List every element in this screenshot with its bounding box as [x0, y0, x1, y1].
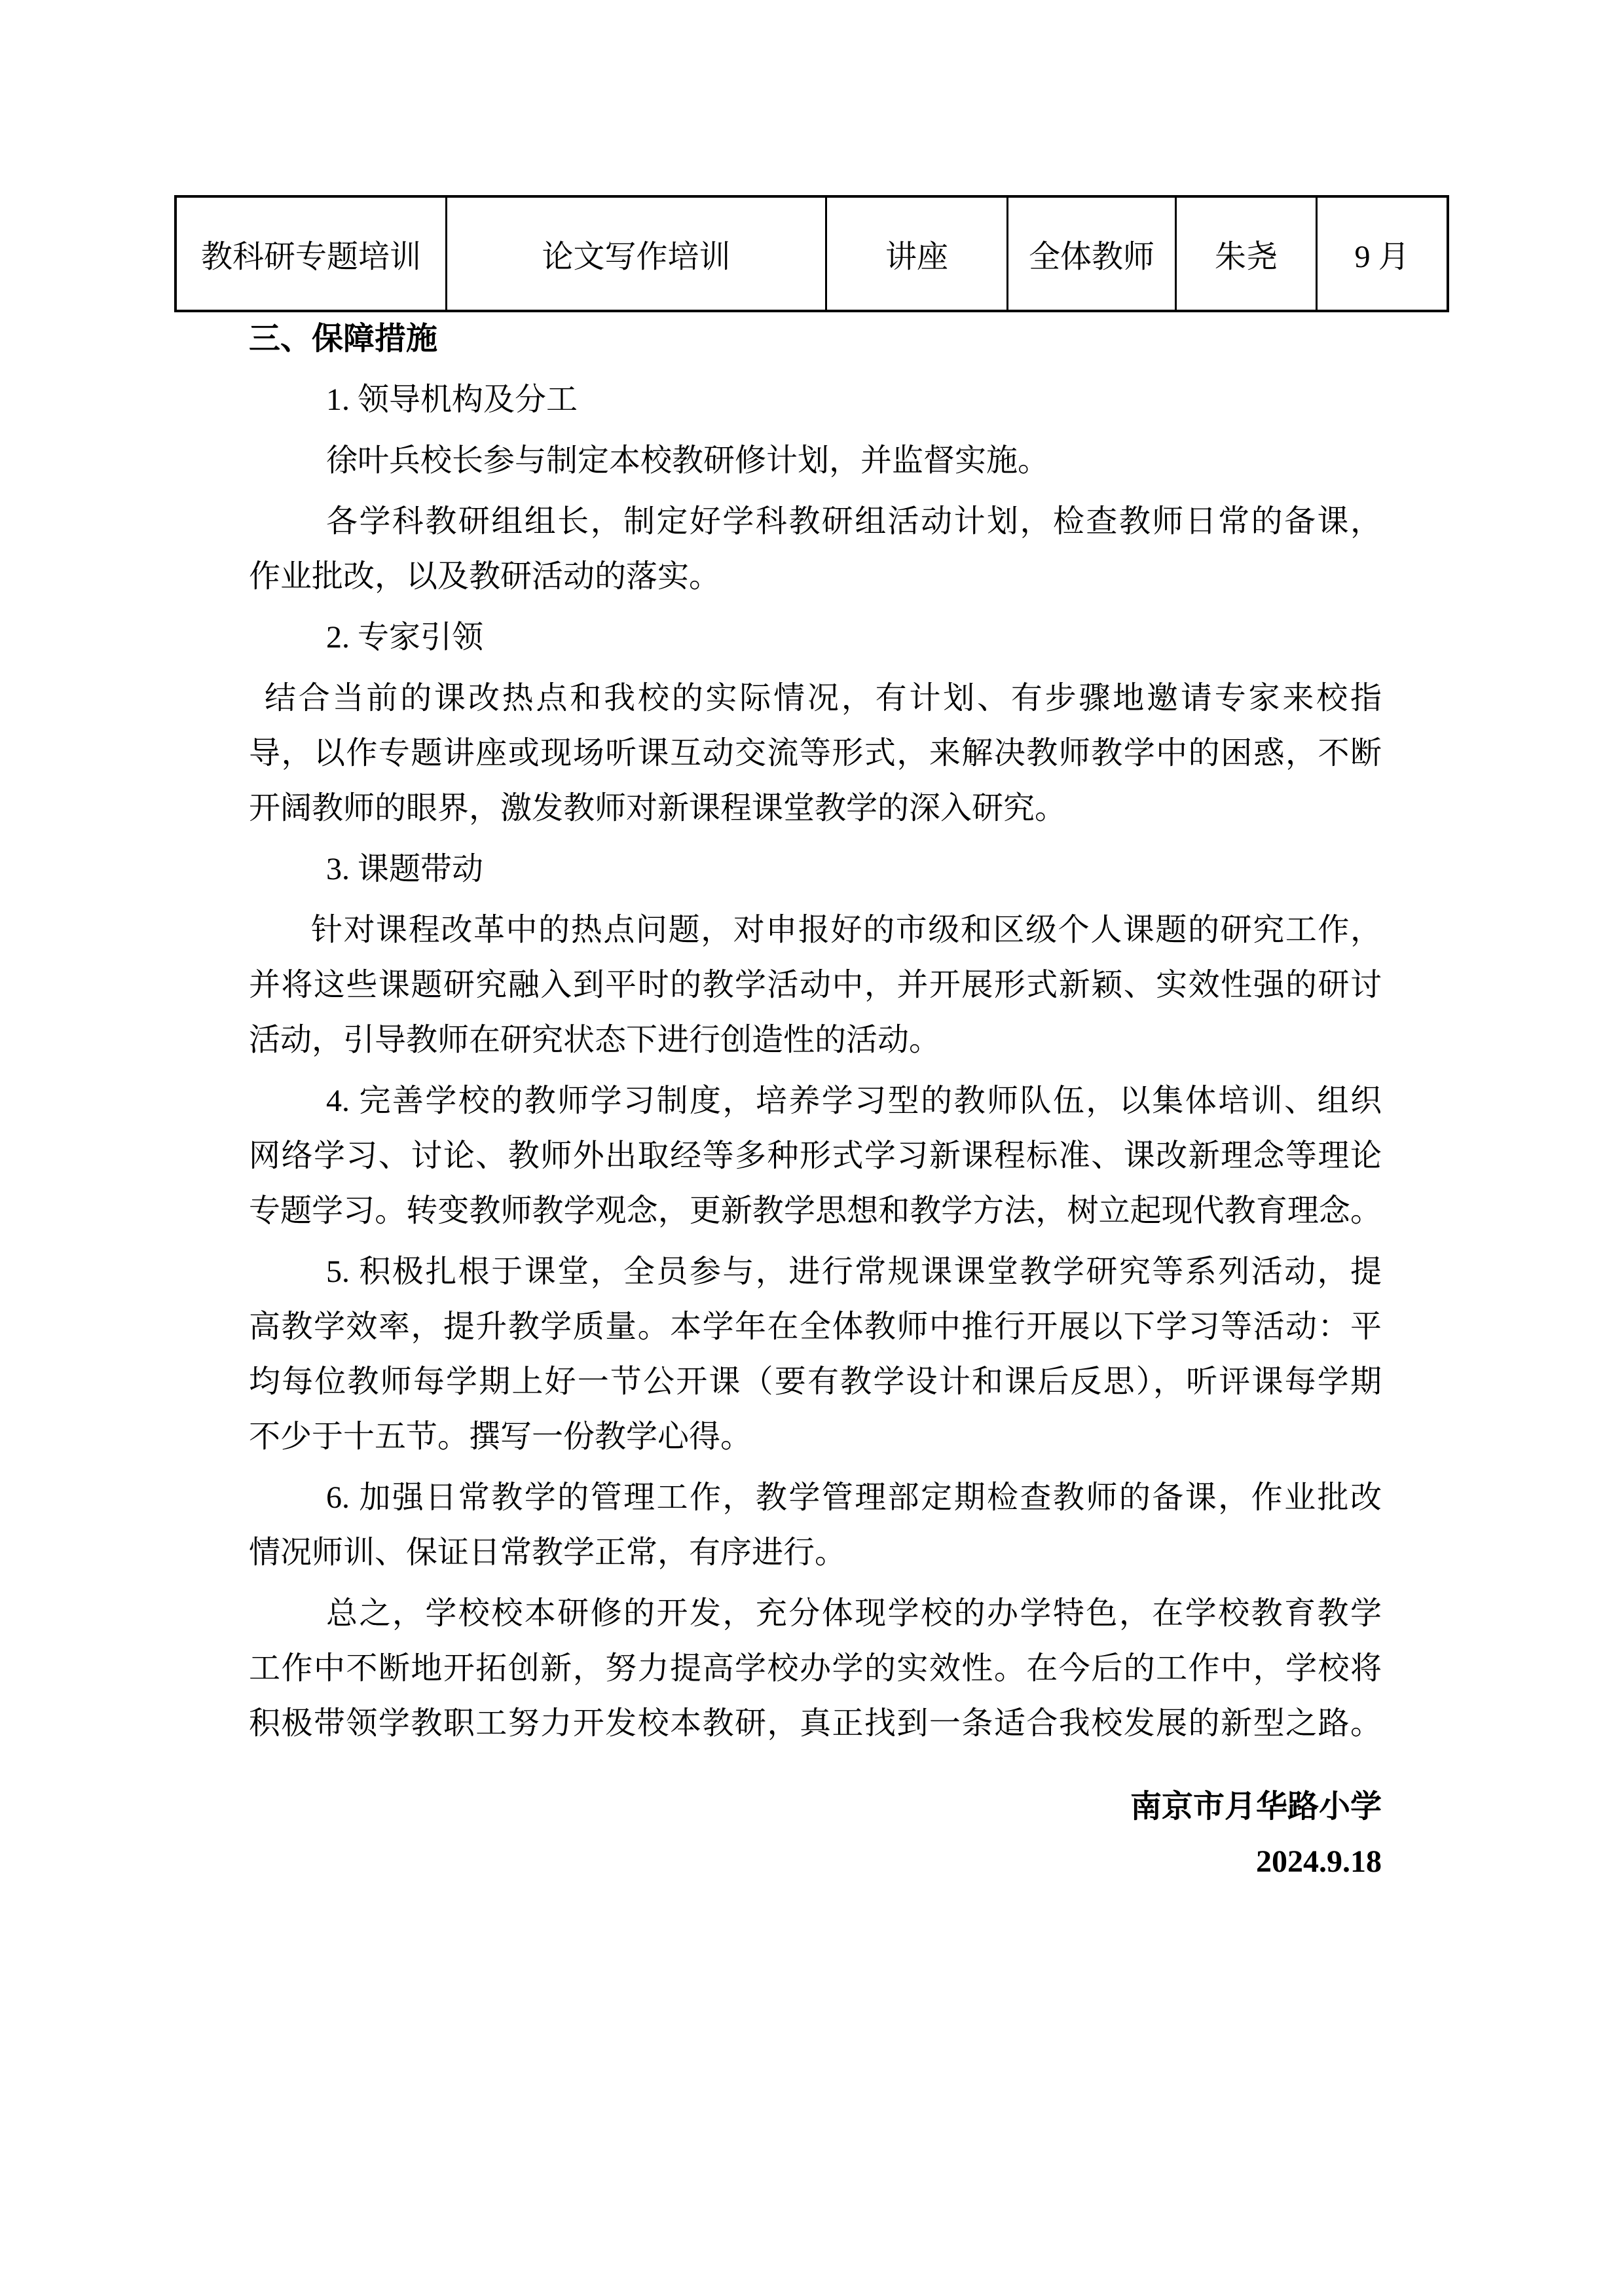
document-body: 三、保障措施 1. 领导机构及分工 徐叶兵校长参与制定本校教研修计划，并监督实施… — [249, 312, 1382, 1889]
item-5-line: 5. 积极扎根于课堂，全员参与，进行常规课课堂教学研究等系列活动，提 — [249, 1245, 1382, 1300]
doc-line: 网络学习、讨论、教师外出取经等多种形式学习新课程标准、课改新理念等理论 — [249, 1129, 1382, 1184]
document-page: 教科研专题培训 论文写作培训 讲座 全体教师 朱尧 9 月 三、保障措施 1. … — [0, 0, 1624, 2296]
doc-line: 情况师训、保证日常教学正常，有序进行。 — [249, 1525, 1382, 1580]
table-cell-form: 讲座 — [827, 198, 1008, 310]
doc-line: 积极带领学教职工努力开发校本教研，真正找到一条适合我校发展的新型之路。 — [249, 1696, 1382, 1751]
section-heading: 三、保障措施 — [249, 312, 1382, 367]
signature-school: 南京市月华路小学 — [249, 1779, 1382, 1834]
doc-line: 开阔教师的眼界，激发教师对新课程课堂教学的深入研究。 — [249, 781, 1382, 836]
doc-line: 徐叶兵校长参与制定本校教研修计划，并监督实施。 — [249, 433, 1382, 488]
table-cell-content: 论文写作培训 — [447, 198, 827, 310]
doc-line: 作业批改，以及教研活动的落实。 — [249, 549, 1382, 604]
doc-line: 高教学效率，提升教学质量。本学年在全体教师中推行开展以下学习等活动：平 — [249, 1300, 1382, 1355]
table-cell-audience: 全体教师 — [1008, 198, 1177, 310]
doc-line: 工作中不断地开拓创新，努力提高学校办学的实效性。在今后的工作中，学校将 — [249, 1641, 1382, 1696]
table-cell-project: 教科研专题培训 — [177, 198, 447, 310]
item-4-line: 4. 完善学校的教师学习制度，培养学习型的教师队伍，以集体培训、组织 — [249, 1074, 1382, 1129]
item-3-heading: 3. 课题带动 — [249, 842, 1382, 897]
doc-line: 专题学习。转变教师教学观念，更新教学思想和教学方法，树立起现代教育理念。 — [249, 1184, 1382, 1239]
item-1-heading: 1. 领导机构及分工 — [249, 373, 1382, 428]
signature-date: 2024.9.18 — [249, 1834, 1382, 1889]
closing-line: 总之，学校校本研修的开发，充分体现学校的办学特色，在学校教育教学 — [249, 1586, 1382, 1641]
table-cell-month: 9 月 — [1318, 198, 1447, 310]
doc-line: 均每位教师每学期上好一节公开课（要有教学设计和课后反思），听评课每学期 — [249, 1355, 1382, 1410]
training-table-row: 教科研专题培训 论文写作培训 讲座 全体教师 朱尧 9 月 — [174, 195, 1449, 312]
doc-line: 导，以作专题讲座或现场听课互动交流等形式，来解决教师教学中的困惑，不断 — [249, 726, 1382, 781]
doc-line: 各学科教研组组长，制定好学科教研组活动计划，检查教师日常的备课， — [249, 494, 1382, 549]
doc-line: 针对课程改革中的热点问题，对申报好的市级和区级个人课题的研究工作， — [249, 903, 1382, 958]
item-2-heading: 2. 专家引领 — [249, 610, 1382, 665]
item-6-line: 6. 加强日常教学的管理工作，教学管理部定期检查教师的备课，作业批改 — [249, 1470, 1382, 1525]
doc-line: 活动，引导教师在研究状态下进行创造性的活动。 — [249, 1013, 1382, 1068]
table-cell-presenter: 朱尧 — [1177, 198, 1318, 310]
doc-line: 不少于十五节。撰写一份教学心得。 — [249, 1410, 1382, 1465]
doc-line: 结合当前的课改热点和我校的实际情况，有计划、有步骤地邀请专家来校指 — [249, 671, 1382, 726]
doc-line: 并将这些课题研究融入到平时的教学活动中，并开展形式新颖、实效性强的研讨 — [249, 958, 1382, 1013]
